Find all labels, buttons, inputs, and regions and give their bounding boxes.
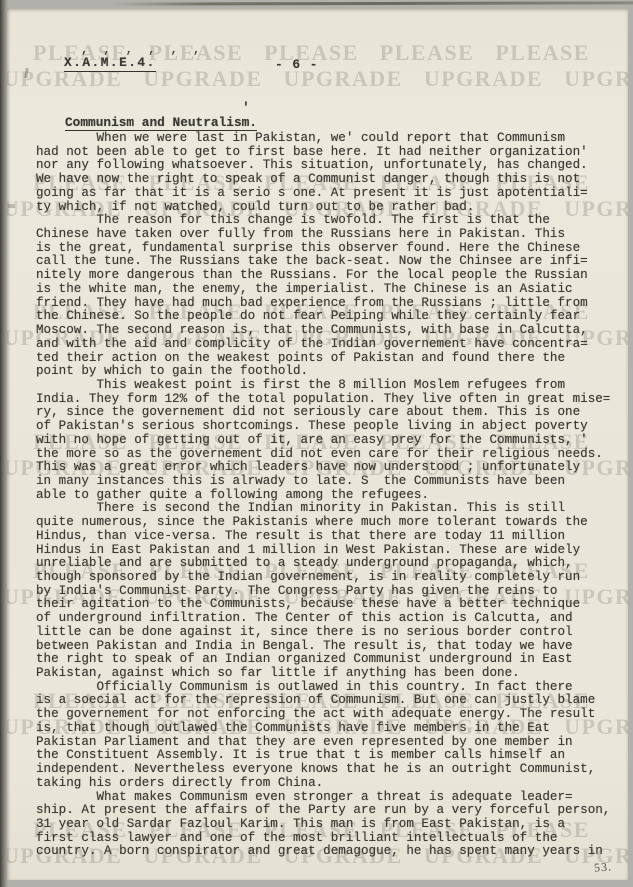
typed-paragraph: There is second the Indian minority in P… [36, 502, 624, 680]
page-number-footer: 53. [593, 859, 612, 875]
scanned-document-screenshot: PLEASE PLEASE PLEASE PLEASE PLEASEUPGRAD… [0, 0, 633, 887]
stray-apostrophe-mark: ' [242, 100, 250, 115]
typed-paragraph: The reason for this change is twofold. T… [36, 214, 624, 379]
typed-paragraph: What makes Communism even stronger a thr… [36, 791, 624, 860]
document-body: When we were last in Pakistan, we' could… [36, 132, 624, 859]
typed-paragraph: When we were last in Pakistan, we' could… [36, 132, 624, 214]
document-reference: X.A.M.E.4. [64, 55, 156, 72]
document-page: PLEASE PLEASE PLEASE PLEASE PLEASEUPGRAD… [7, 8, 628, 880]
scan-artifact-mark [24, 68, 28, 78]
paper-top-edge-shadow [110, 1, 633, 5]
section-heading: Communism and Neutralism. [65, 115, 257, 131]
page-number-header: - 6 - [275, 57, 318, 72]
scan-artifact-mark [8, 204, 15, 208]
typed-paragraph: This weakest point is first the 8 millio… [36, 379, 624, 502]
typed-paragraph: Officially Communism is outlawed in this… [36, 681, 624, 791]
